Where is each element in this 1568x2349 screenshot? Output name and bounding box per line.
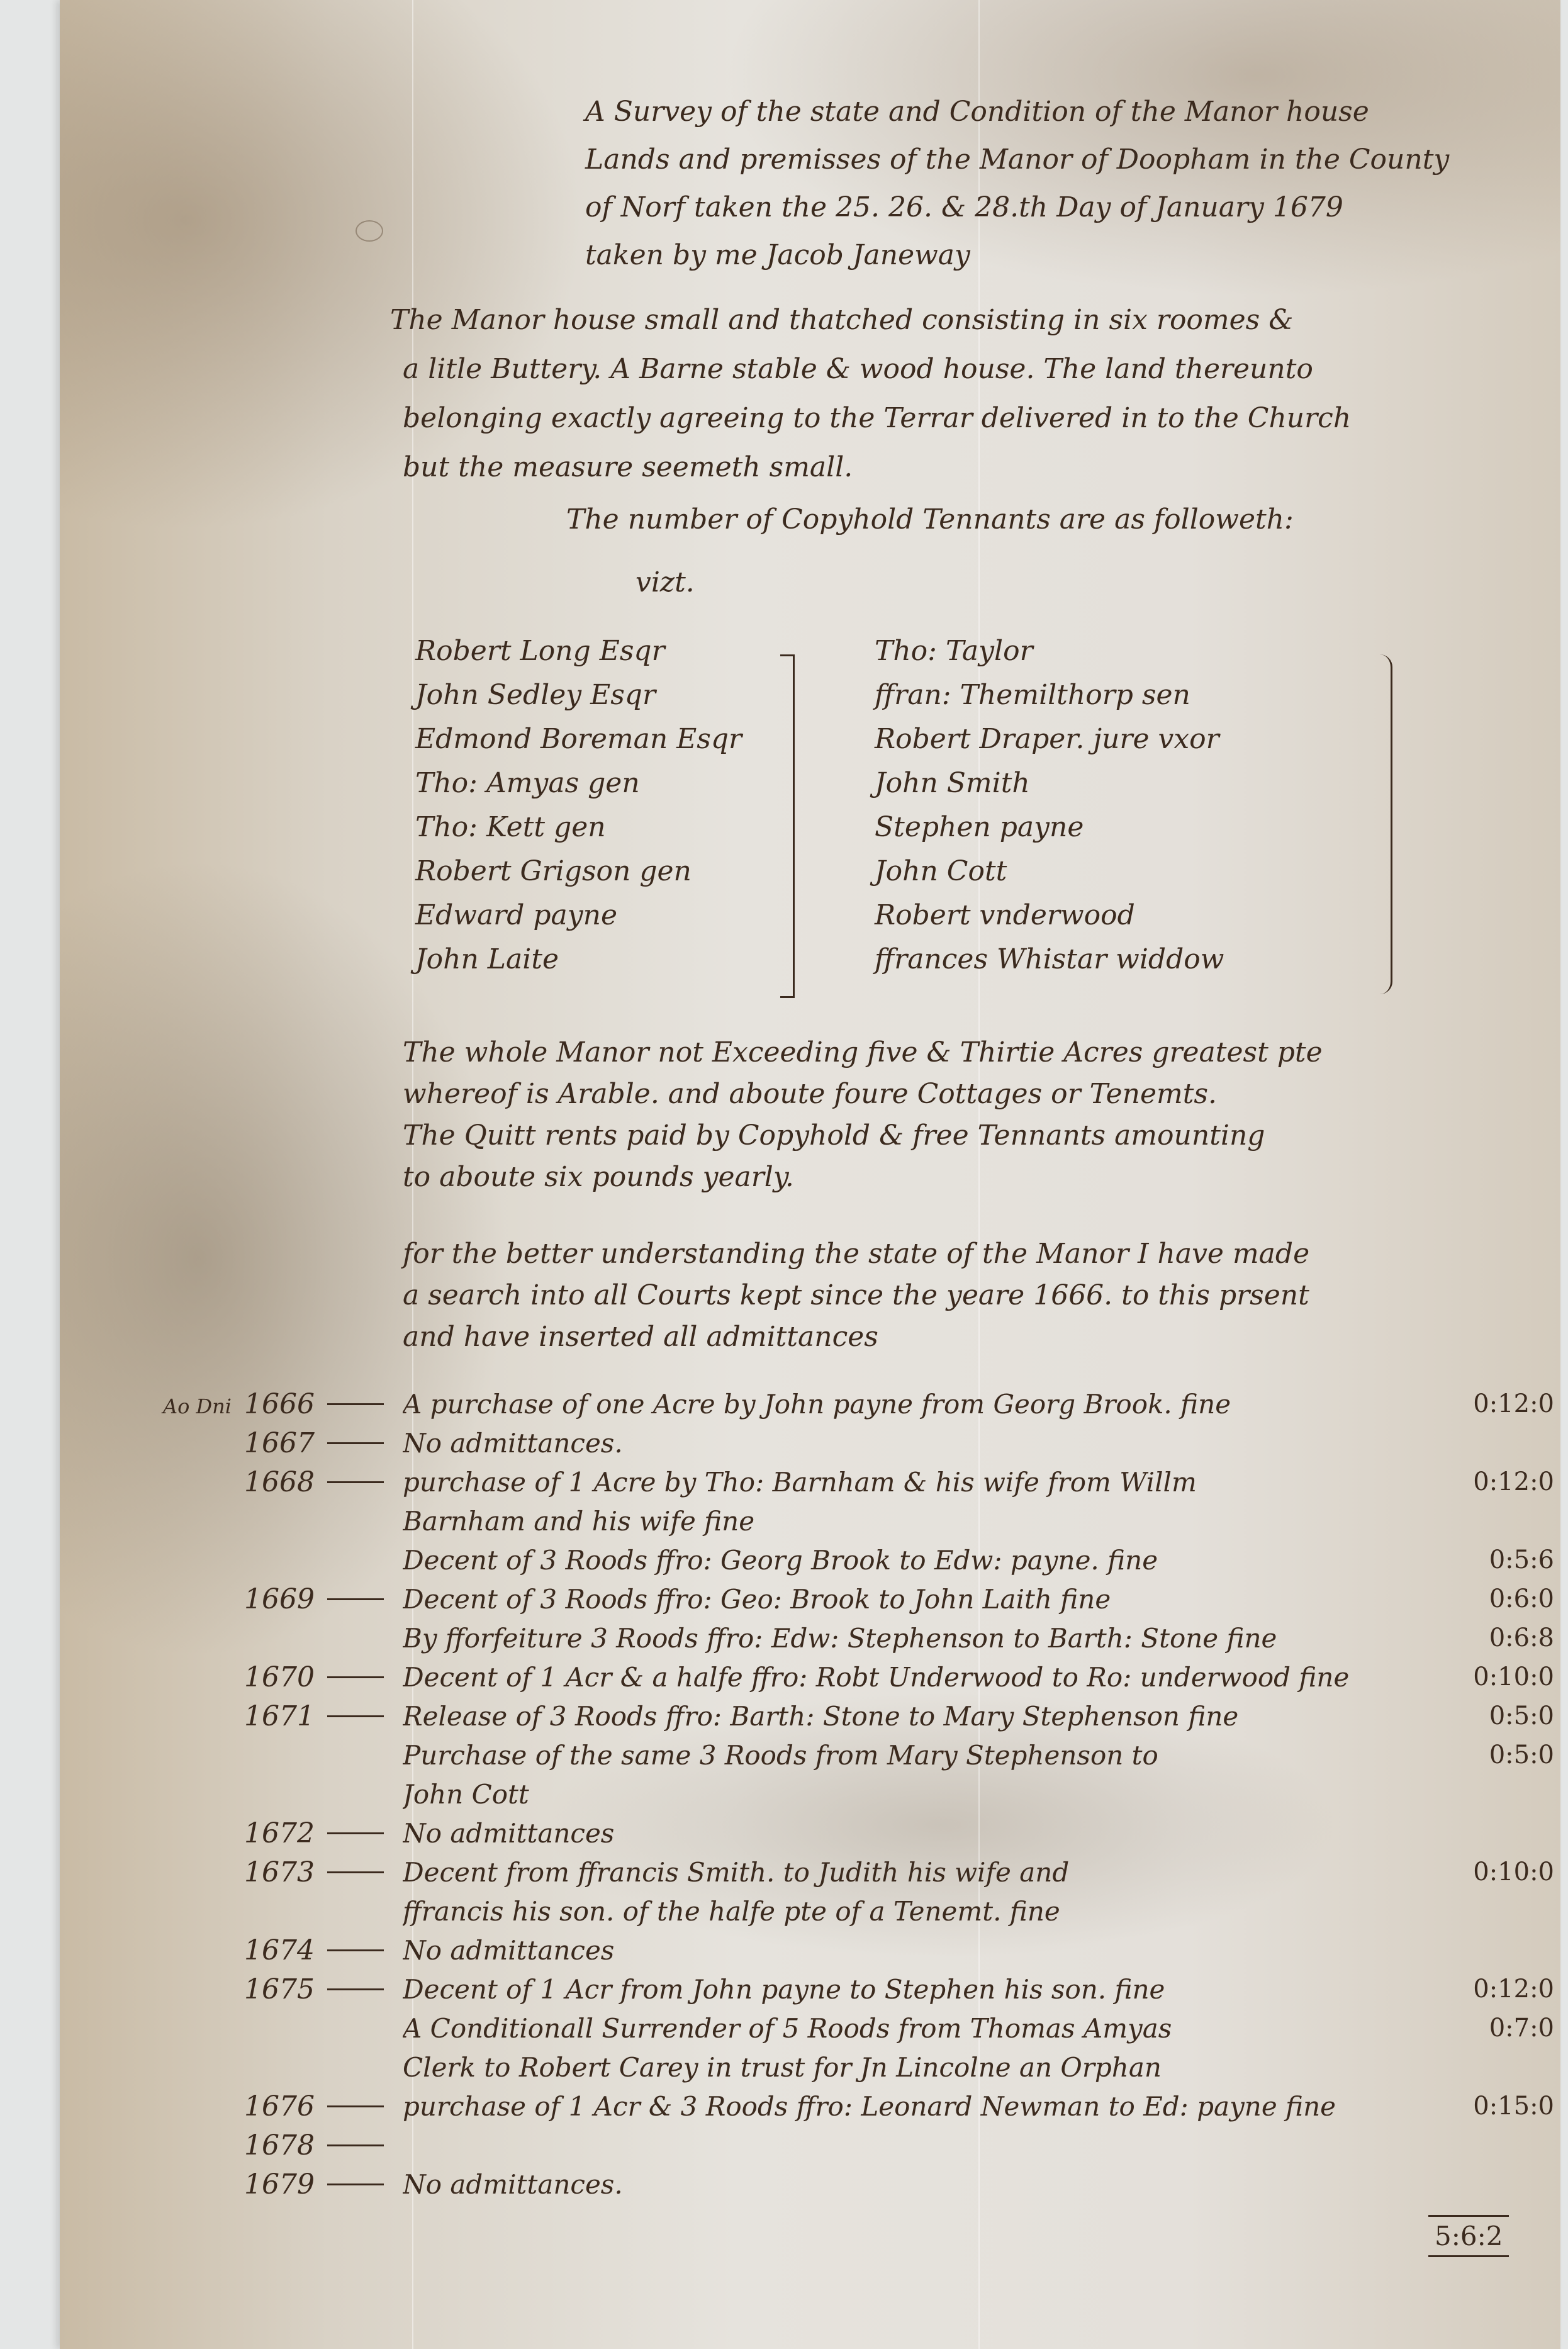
ledger-amount: 0:12:0	[1447, 1975, 1560, 2004]
ledger-row: Ao Dni1666 A purchase of one Acre by Joh…	[63, 1384, 1560, 1423]
ledger-amount: 0:12:0	[1447, 1389, 1560, 1418]
ledger-row: 1674 No admittances	[63, 1931, 1560, 1970]
vizt-label: vizt.	[636, 566, 695, 598]
ledger-row: Clerk to Robert Carey in trust for Jn Li…	[63, 2048, 1560, 2087]
text-line: belonging exactly agreeing to the Terrar…	[390, 394, 1548, 443]
tenant-name: ffran: Themilthorp sen	[875, 673, 1224, 717]
text-line: The Quitt rents paid by Copyhold & free …	[403, 1115, 1560, 1157]
ledger-year: 1669	[63, 1583, 327, 1615]
ledger-entry: Purchase of the same 3 Roods from Mary S…	[403, 1740, 1447, 1771]
ledger-year: 1671	[63, 1700, 327, 1732]
manor-extent: The whole Manor not Exceeding five & Thi…	[403, 1032, 1560, 1198]
ledger-row: 1672 No admittances	[63, 1814, 1560, 1853]
ledger-row: 1675 Decent of 1 Acr from John payne to …	[63, 1970, 1560, 2009]
ledger-entry: Barnham and his wife fine	[403, 1506, 1447, 1537]
tenant-name: John Cott	[875, 849, 1224, 894]
ledger-year: Ao Dni1666	[63, 1388, 327, 1420]
tenant-name: Robert Long Esqr	[415, 629, 742, 673]
dash	[327, 1442, 384, 1444]
dash	[327, 1715, 384, 1717]
tenant-name: Tho: Taylor	[875, 629, 1224, 673]
ledger-amount: 0:5:0	[1447, 1701, 1560, 1730]
manor-description: The Manor house small and thatched consi…	[390, 296, 1548, 492]
ledger-amount: 0:10:0	[1447, 1662, 1560, 1691]
heading-line: taken by me Jacob Janeway	[585, 232, 1548, 279]
dash	[327, 2184, 384, 2185]
anno-label: Ao Dni	[163, 1394, 232, 1418]
ledger-row: 1669 Decent of 3 Roods ffro: Geo: Brook …	[63, 1579, 1560, 1618]
text-line: for the better understanding the state o…	[403, 1233, 1560, 1275]
dash	[327, 1871, 384, 1873]
heading-line: Lands and premisses of the Manor of Doop…	[585, 136, 1548, 184]
text-line: a search into all Courts kept since the …	[403, 1275, 1560, 1316]
ledger-entry: No admittances.	[403, 1428, 1447, 1459]
ledger-amount: 0:15:0	[1447, 2092, 1560, 2121]
ledger-entry: No admittances	[403, 1818, 1447, 1849]
dash	[327, 1481, 384, 1483]
tenant-name: Robert vnderwood	[875, 894, 1224, 938]
ledger-amount: 0:12:0	[1447, 1467, 1560, 1496]
ledger-year: 1672	[63, 1817, 327, 1849]
tenant-name: John Smith	[875, 761, 1224, 805]
tenant-name: John Laite	[415, 938, 742, 982]
ledger-year: 1676	[63, 2090, 327, 2122]
ledger-row: 1667 No admittances.	[63, 1423, 1560, 1462]
ledger-row: Barnham and his wife fine	[63, 1501, 1560, 1540]
text-line: and have inserted all admittances	[403, 1316, 1560, 1358]
tenant-name: Stephen payne	[875, 805, 1224, 849]
ledger-entry: Decent from ffrancis Smith. to Judith hi…	[403, 1857, 1447, 1888]
text-line: to aboute six pounds yearly.	[403, 1157, 1560, 1198]
dash	[327, 1598, 384, 1600]
dash	[327, 1676, 384, 1678]
heading-line: of Norf taken the 25. 26. & 28.th Day of…	[585, 184, 1548, 232]
ledger-year: 1667	[63, 1427, 327, 1459]
ledger-row: 1676 purchase of 1 Acr & 3 Roods ffro: L…	[63, 2087, 1560, 2126]
ledger-entry: Decent of 3 Roods ffro: Georg Brook to E…	[403, 1545, 1447, 1576]
tenants-intro: The number of Copyhold Tennants are as f…	[566, 503, 1294, 535]
ledger-entry: ffrancis his son. of the halfe pte of a …	[403, 1896, 1447, 1927]
text-line: The Manor house small and thatched consi…	[390, 296, 1548, 345]
tenant-name: Edward payne	[415, 894, 742, 938]
tenant-name: Robert Draper. jure vxor	[875, 717, 1224, 761]
text-line: but the measure seemeth small.	[390, 443, 1548, 492]
ledger-year: 1675	[63, 1973, 327, 2005]
ledger-amount: 0:10:0	[1447, 1858, 1560, 1886]
ledger-year: 1674	[63, 1934, 327, 1966]
ledger-entry: John Cott	[403, 1779, 1447, 1810]
text-line: a litle Buttery. A Barne stable & wood h…	[390, 345, 1548, 394]
heading-line: A Survey of the state and Condition of t…	[585, 88, 1548, 136]
admittance-ledger: Ao Dni1666 A purchase of one Acre by Joh…	[63, 1384, 1560, 2204]
ledger-amount: 0:5:0	[1447, 1741, 1560, 1769]
ledger-entry: A purchase of one Acre by John payne fro…	[403, 1389, 1447, 1420]
survey-heading: A Survey of the state and Condition of t…	[585, 88, 1548, 279]
ledger-row: 1671 Release of 3 Roods ffro: Barth: Sto…	[63, 1696, 1560, 1735]
tenant-name: Tho: Kett gen	[415, 805, 742, 849]
ledger-amount: 0:7:0	[1447, 2014, 1560, 2043]
dash	[327, 1988, 384, 1990]
ledger-entry: Release of 3 Roods ffro: Barth: Stone to…	[403, 1701, 1447, 1732]
ledger-year: 1670	[63, 1661, 327, 1693]
ledger-year: 1678	[63, 2129, 327, 2161]
fines-total: 5:6:2	[1428, 2215, 1509, 2257]
text-line: whereof is Arable. and aboute foure Cott…	[403, 1074, 1560, 1115]
dash	[327, 1832, 384, 1834]
tenants-left-column: Robert Long Esqr John Sedley Esqr Edmond…	[415, 629, 742, 982]
ledger-entry: Decent of 1 Acr & a halfe ffro: Robt Und…	[403, 1662, 1447, 1693]
dash	[327, 1949, 384, 1951]
ledger-year: 1668	[63, 1466, 327, 1498]
year-text: 1666	[244, 1388, 315, 1420]
ledger-row: By fforfeiture 3 Roods ffro: Edw: Stephe…	[63, 1618, 1560, 1657]
ledger-row: John Cott	[63, 1774, 1560, 1814]
ledger-entry: No admittances.	[403, 2169, 1447, 2200]
ledger-row: 1678	[63, 2126, 1560, 2165]
ledger-row: Decent of 3 Roods ffro: Georg Brook to E…	[63, 1540, 1560, 1579]
tenant-name: Edmond Boreman Esqr	[415, 717, 742, 761]
ink-blot	[356, 220, 383, 242]
text-line: The whole Manor not Exceeding five & Thi…	[403, 1032, 1560, 1074]
bracket	[780, 654, 795, 998]
ledger-entry: Decent of 3 Roods ffro: Geo: Brook to Jo…	[403, 1584, 1447, 1615]
ledger-row: 1670 Decent of 1 Acr & a halfe ffro: Rob…	[63, 1657, 1560, 1696]
ledger-amount: 0:6:0	[1447, 1584, 1560, 1613]
ledger-row: 1668 purchase of 1 Acre by Tho: Barnham …	[63, 1462, 1560, 1501]
tenant-name: Tho: Amyas gen	[415, 761, 742, 805]
dash	[327, 2144, 384, 2146]
ledger-row: Purchase of the same 3 Roods from Mary S…	[63, 1735, 1560, 1774]
ledger-year: 1673	[63, 1856, 327, 1888]
ledger-year: 1679	[63, 2168, 327, 2200]
ledger-entry: No admittances	[403, 1935, 1447, 1966]
tenant-name: Robert Grigson gen	[415, 849, 742, 894]
ledger-entry: By fforfeiture 3 Roods ffro: Edw: Stephe…	[403, 1623, 1447, 1654]
ledger-row: A Conditionall Surrender of 5 Roods from…	[63, 2009, 1560, 2048]
ledger-entry: A Conditionall Surrender of 5 Roods from…	[403, 2013, 1447, 2044]
ledger-entry: purchase of 1 Acr & 3 Roods ffro: Leonar…	[403, 2091, 1447, 2122]
ledger-amount: 0:5:6	[1447, 1545, 1560, 1574]
bracket	[1372, 654, 1392, 994]
search-note: for the better understanding the state o…	[403, 1233, 1560, 1358]
ledger-amount: 0:6:8	[1447, 1623, 1560, 1652]
tenant-name: ffrances Whistar widdow	[875, 938, 1224, 982]
ledger-row: 1679 No admittances.	[63, 2165, 1560, 2204]
tenants-right-column: Tho: Taylor ffran: Themilthorp sen Rober…	[875, 629, 1224, 982]
ledger-row: 1673 Decent from ffrancis Smith. to Judi…	[63, 1853, 1560, 1892]
ledger-entry: Clerk to Robert Carey in trust for Jn Li…	[403, 2052, 1447, 2083]
dash	[327, 1403, 384, 1405]
ledger-entry: purchase of 1 Acre by Tho: Barnham & his…	[403, 1467, 1447, 1498]
ledger-entry: Decent of 1 Acr from John payne to Steph…	[403, 1974, 1447, 2005]
tenant-name: John Sedley Esqr	[415, 673, 742, 717]
dash	[327, 2105, 384, 2107]
ledger-row: ffrancis his son. of the halfe pte of a …	[63, 1892, 1560, 1931]
